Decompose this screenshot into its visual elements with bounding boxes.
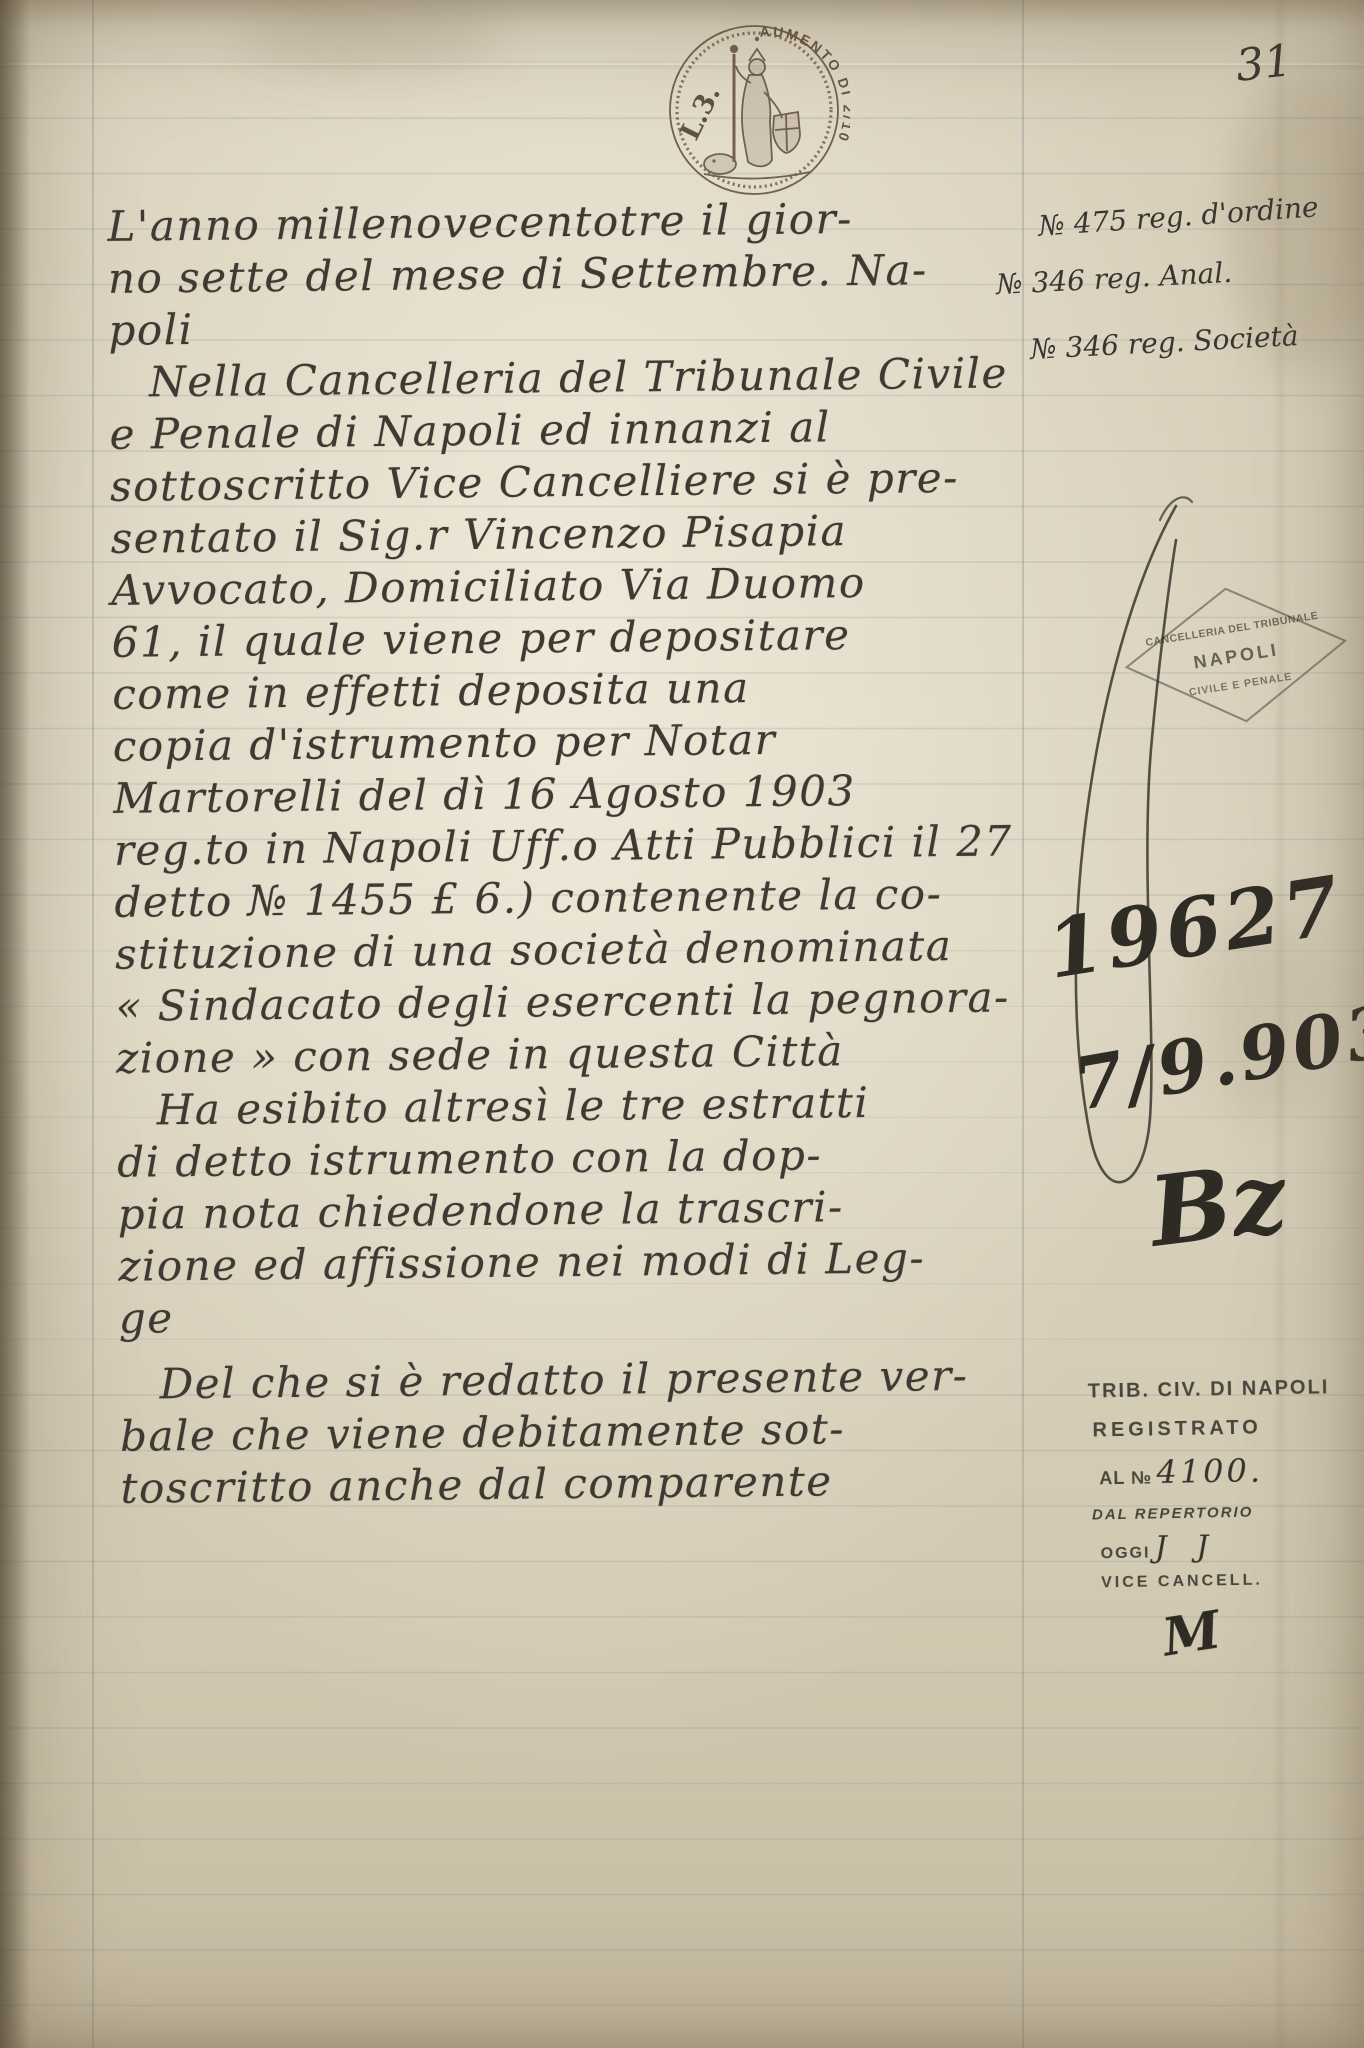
manuscript-line: Ha esibito altresì le tre estratti (116, 1075, 1036, 1137)
revenue-stamp-seal-icon: AUMENTO DI 2/10 L.3. (658, 22, 850, 198)
manuscript-line: ge (119, 1283, 1039, 1345)
manuscript-line: poli (108, 295, 1028, 357)
registration-number-handwritten: 4100. (1156, 1452, 1263, 1492)
registration-stamp-registered: REGISTRATO (1092, 1415, 1364, 1443)
clerk-monogram: Bz (1144, 1140, 1292, 1269)
paper-stain (240, 8, 500, 68)
manuscript-line: sottoscritto Vice Cancelliere si è pre- (110, 451, 1030, 513)
diamond-stamp-line1: CANCELLERIA DEL TRIBUNALE (1145, 610, 1319, 649)
manuscript-line: di detto istrumento con la dop- (117, 1127, 1037, 1189)
manuscript-line: toscritto anche dal comparente (120, 1453, 1040, 1515)
registration-date-marks: J J (1154, 1529, 1218, 1565)
manuscript-line: copia d'istrumento per Notar (113, 711, 1033, 773)
manuscript-line: Del che si è redatto il presente ver- (119, 1349, 1039, 1411)
registration-stamp: TRIB. CIV. DI NAPOLI REGISTRATO AL № 410… (1098, 1376, 1364, 1656)
manuscript-line: pia nota chiedendone la trascri- (117, 1179, 1037, 1241)
seal-denomination: L.3. (674, 81, 727, 145)
diamond-stamp-line2: NAPOLI (1192, 639, 1280, 672)
manuscript-line: 61, il quale viene per depositare (112, 607, 1032, 669)
manuscript-line: no sette del mese di Settembre. Na- (108, 243, 1028, 305)
cancelleria-diamond-stamp: CANCELLERIA DEL TRIBUNALE NAPOLI CIVILE … (1118, 580, 1354, 730)
manuscript-line: sentato il Sig.r Vincenzo Pisapia (110, 503, 1030, 565)
manuscript-line: Nella Cancelleria del Tribunale Civile (109, 347, 1029, 409)
manuscript-line: come in effetti deposita una (112, 659, 1032, 721)
registration-stamp-number-label: AL № (1099, 1467, 1152, 1488)
diamond-stamp-line3: CIVILE E PENALE (1188, 671, 1293, 699)
manuscript-line: Martorelli del dì 16 Agosto 1903 (113, 763, 1033, 825)
manuscript-line: bale che viene debitamente sot- (120, 1401, 1040, 1463)
manuscript-page: AUMENTO DI 2/10 L.3. 31 (0, 0, 1364, 2048)
manuscript-line: stituzione di una società denominata (115, 919, 1035, 981)
left-margin-rule (92, 0, 94, 2048)
manuscript-line: reg.to in Napoli Uff.o Atti Pubblici il … (114, 815, 1034, 877)
page-number: 31 (1233, 35, 1294, 92)
manuscript-line: L'anno millenovecentotre il gior- (107, 191, 1027, 253)
manuscript-line: « Sindacato degli esercenti la pegnora- (115, 971, 1035, 1033)
registration-stamp-repertorio: DAL REPERTORIO (1092, 1502, 1364, 1524)
manuscript-line: zione » con sede in questa Città (116, 1023, 1036, 1085)
manuscript-body: L'anno millenovecentotre il gior- no set… (107, 191, 1041, 1515)
manuscript-line: Avvocato, Domiciliato Via Duomo (111, 555, 1031, 617)
manuscript-line: zione ed affissione nei modi di Leg- (118, 1231, 1038, 1293)
manuscript-line: detto № 1455 £ 6.) contenente la co- (114, 867, 1034, 929)
manuscript-line: e Penale di Napoli ed innanzi al (109, 399, 1029, 461)
binding-gutter-shadow (0, 0, 30, 2048)
registration-stamp-oggi: OGGI (1101, 1544, 1151, 1562)
registration-stamp-court: TRIB. CIV. DI NAPOLI (1088, 1376, 1364, 1404)
